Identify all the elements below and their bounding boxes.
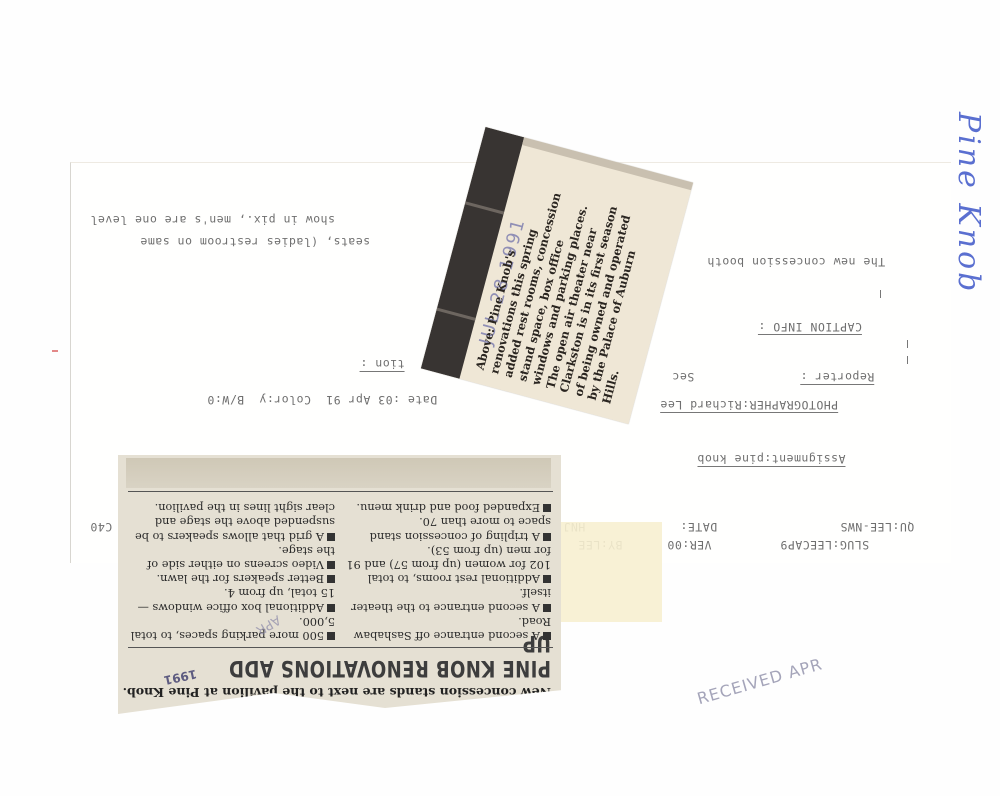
bullet-icon [327,604,335,612]
received-stamp: RECEIVED APR [695,654,825,708]
date-color-line: Date :03 Apr 91 Color:y B/W:0 [207,393,437,407]
section-label: Sec [672,370,694,384]
bullet-icon [543,533,551,541]
bullet-icon [543,632,551,640]
page-code: C40 [90,520,112,534]
caption-line-seats: seats, (ladies restroom on same [140,235,370,249]
article-column-1: A second entrance off Sashabaw Road. A s… [346,500,551,642]
date-field: DATE: [680,520,717,534]
tick-mark [880,290,881,298]
handwritten-note: Pine Knob [938,112,988,342]
tape-strip [557,522,662,622]
reporter-label: Reporter : [800,370,874,385]
article-column-2: 500 more parking spaces, to total 5,000.… [130,500,335,642]
bullet-icon [327,575,335,583]
bullet-icon [327,632,335,640]
assignment-line: Assignment:pine knob [697,452,845,467]
caption-line-concession-booth: The new concession booth [707,255,885,269]
bullet-icon [327,533,335,541]
tick-mark [907,356,908,364]
caption-line-show-in-pix: show in pix., men's are one level [90,213,335,227]
next-article-fragment [126,458,551,488]
caption-info-label: CAPTION INFO : [758,320,862,335]
bullet-icon [543,604,551,612]
bullet-icon [543,575,551,583]
bullet-icon [543,504,551,512]
scanned-page: down) show in pix., men's are one level … [0,0,1000,796]
ver-field: VER:00 [667,538,712,552]
tick-mark [907,340,908,348]
qu-field: QU:LEE-NWS [840,520,914,534]
slug-field: SLUG:LEECAP9 [780,538,869,552]
red-pen-mark [52,350,58,352]
photographer-line: PHOTOGRAPHER:Richard Lee [660,398,838,413]
section-suffix: tion : [360,357,405,372]
bullet-icon [327,561,335,569]
